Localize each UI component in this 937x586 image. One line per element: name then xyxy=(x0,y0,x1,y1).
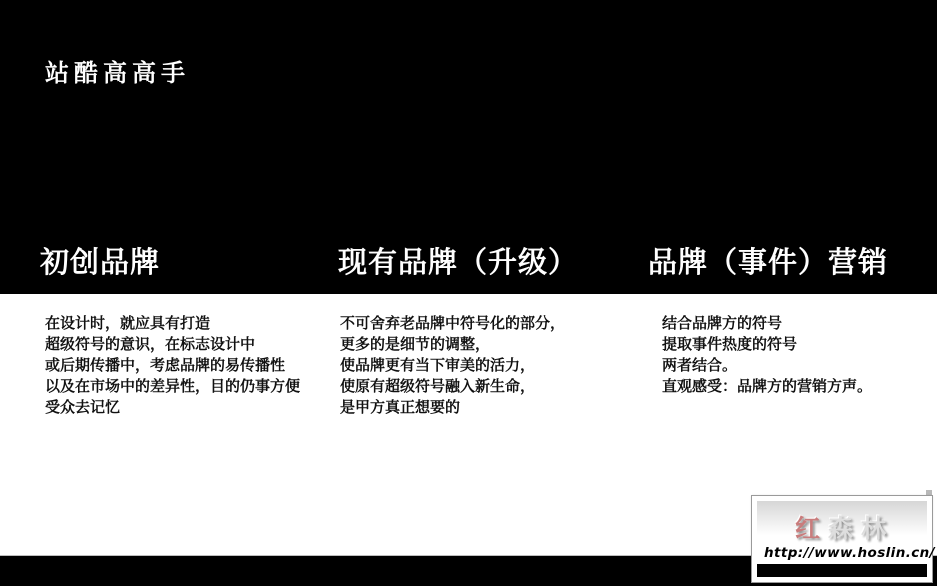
hoslin-watermark-box: 红森林 http://www.hoslin.cn/ xyxy=(752,496,932,582)
column-title-existing-brand-upgrade: 现有品牌（升级） xyxy=(338,240,578,281)
body-text-line: 使原有超级符号融入新生命， xyxy=(340,376,565,397)
body-text-line: 两者结合。 xyxy=(662,355,872,376)
watermark-char: 红 xyxy=(795,515,828,543)
watermark-char: 森 xyxy=(828,515,861,543)
slide-root: 站酷高高手 初创品牌 现有品牌（升级） 品牌（事件）营销 在设计时，就应具有打造… xyxy=(0,0,937,586)
body-text-line: 更多的是细节的调整， xyxy=(340,334,565,355)
watermark-black-strip xyxy=(757,564,927,577)
body-text-line: 直观感受：品牌方的营销方声。 xyxy=(662,376,872,397)
body-text-line: 结合品牌方的符号 xyxy=(662,313,872,334)
column-title-brand-event-marketing: 品牌（事件）营销 xyxy=(648,240,888,281)
body-text-line: 在设计时，就应具有打造 xyxy=(45,313,300,334)
body-text-line: 以及在市场中的差异性，目的仍事方便 xyxy=(45,376,300,397)
body-text-line: 超级符号的意识，在标志设计中 xyxy=(45,334,300,355)
column-body-brand-event-marketing: 结合品牌方的符号 提取事件热度的符号 两者结合。 直观感受：品牌方的营销方声。 xyxy=(662,313,872,397)
column-body-startup-brand: 在设计时，就应具有打造 超级符号的意识，在标志设计中 或后期传播中，考虑品牌的易… xyxy=(45,313,300,418)
body-text-line: 受众去记忆 xyxy=(45,397,300,418)
body-text-line: 是甲方真正想要的 xyxy=(340,397,565,418)
watermark-site-name: 红森林 xyxy=(795,509,894,545)
body-text-line: 使品牌更有当下审美的活力， xyxy=(340,355,565,376)
body-text-line: 不可舍弃老品牌中符号化的部分， xyxy=(340,313,565,334)
column-title-startup-brand: 初创品牌 xyxy=(40,240,160,281)
body-text-line: 提取事件热度的符号 xyxy=(662,334,872,355)
zcool-gaogaoshou-logo: 站酷高高手 xyxy=(45,53,190,88)
watermark-url: http://www.hoslin.cn/ xyxy=(764,545,935,561)
watermark-char: 林 xyxy=(861,515,894,543)
body-text-line: 或后期传播中，考虑品牌的易传播性 xyxy=(45,355,300,376)
column-body-existing-brand-upgrade: 不可舍弃老品牌中符号化的部分， 更多的是细节的调整， 使品牌更有当下审美的活力，… xyxy=(340,313,565,418)
